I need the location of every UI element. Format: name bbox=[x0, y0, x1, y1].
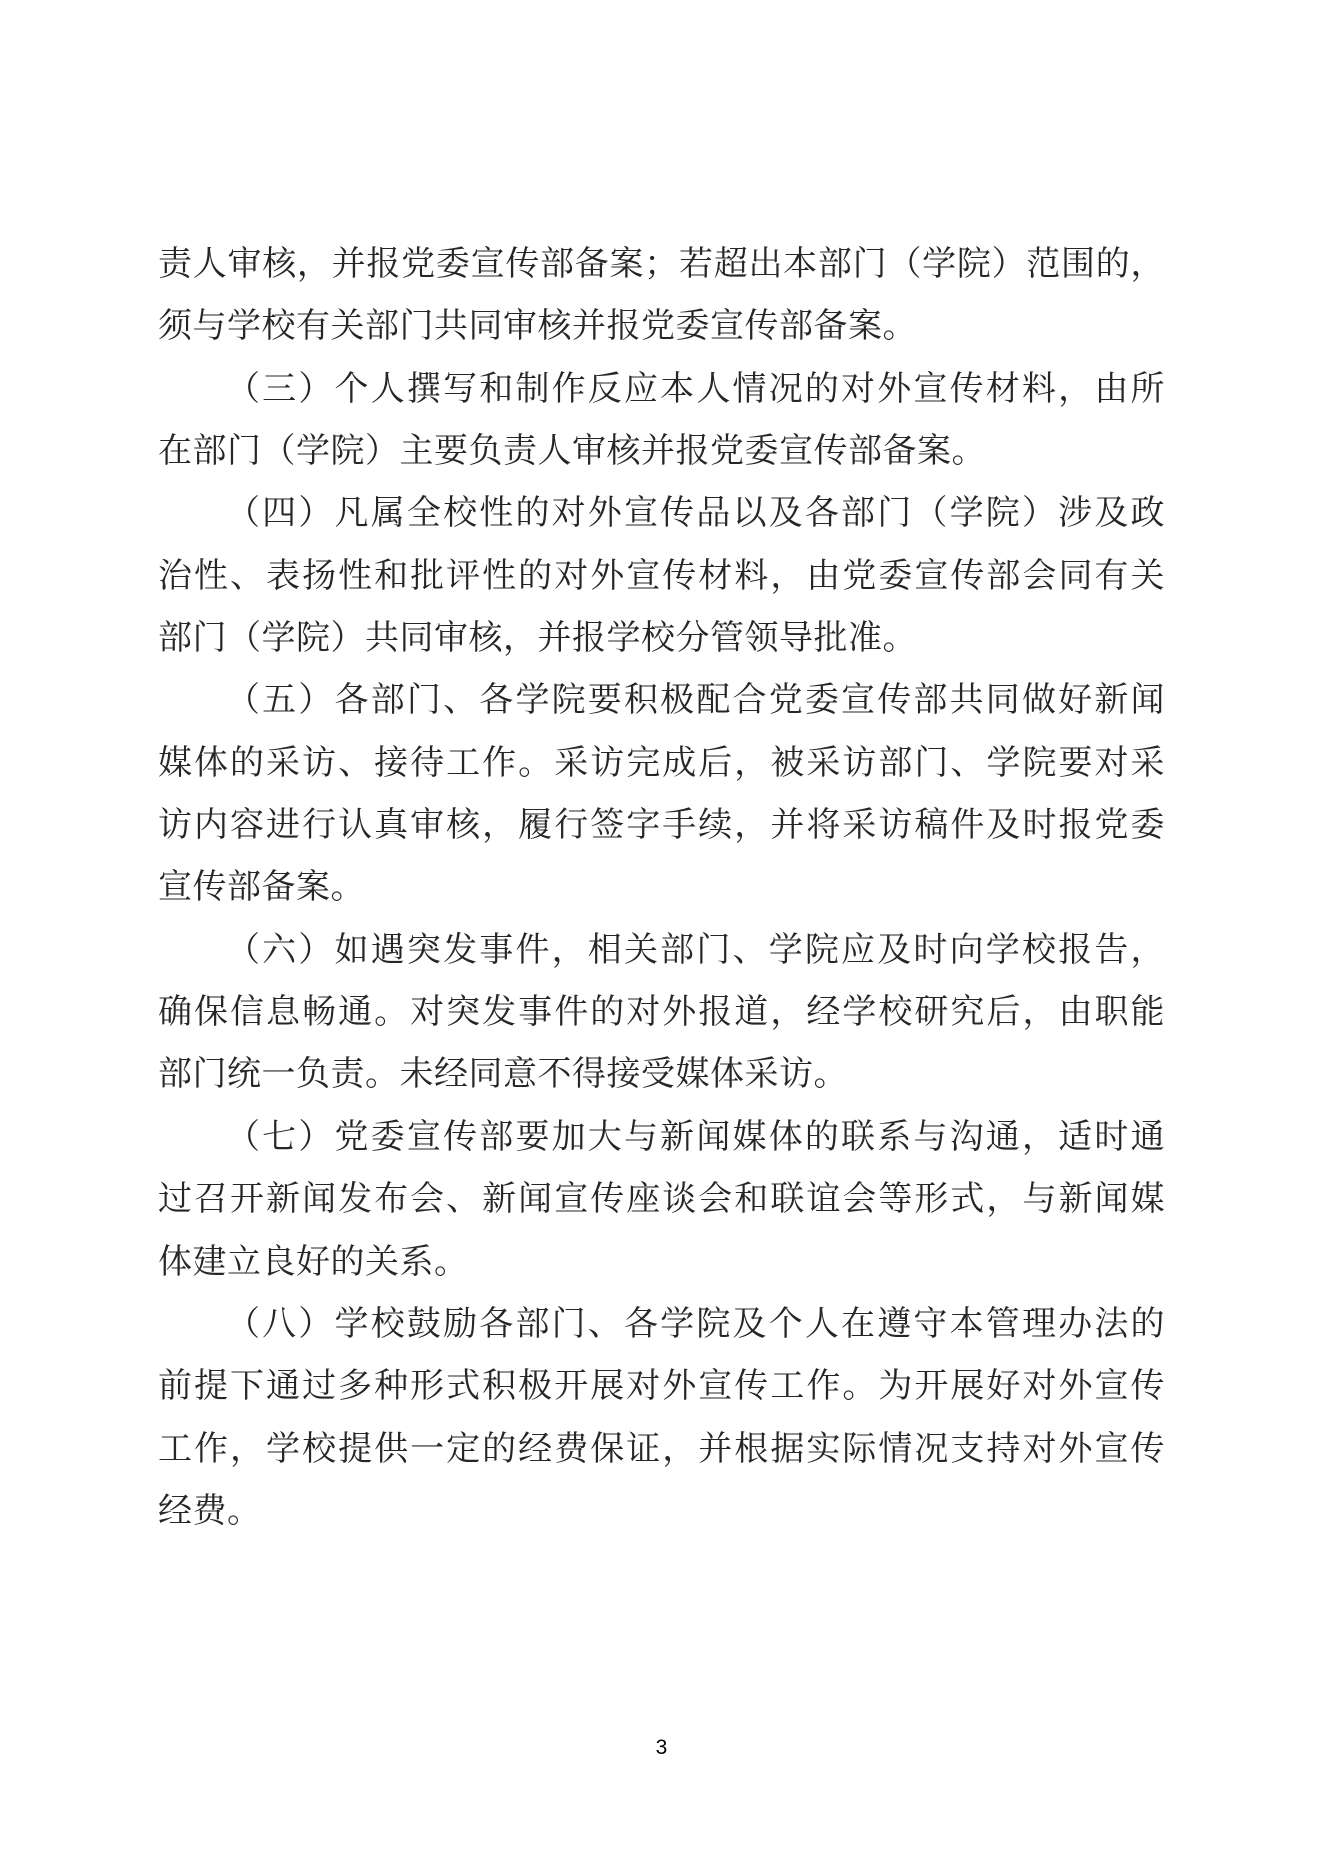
text-line: 须与学校有关部门共同审核并报党委宣传部备案。 bbox=[158, 296, 1165, 358]
text-line: 宣传部备案。 bbox=[158, 857, 1165, 919]
text-line: （三）个人撰写和制作反应本人情况的对外宣传材料，由所 bbox=[158, 359, 1165, 421]
text-line: （五）各部门、各学院要积极配合党委宣传部共同做好新闻 bbox=[158, 670, 1165, 732]
text-line: 部门统一负责。未经同意不得接受媒体采访。 bbox=[158, 1044, 1165, 1106]
text-line: （八）学校鼓励各部门、各学院及个人在遵守本管理办法的 bbox=[158, 1294, 1165, 1356]
page-footer: 3 bbox=[0, 1736, 1323, 1760]
text-line: （四）凡属全校性的对外宣传品以及各部门（学院）涉及政 bbox=[158, 483, 1165, 545]
text-line: 媒体的采访、接待工作。采访完成后，被采访部门、学院要对采 bbox=[158, 733, 1165, 795]
text-line: 部门（学院）共同审核，并报学校分管领导批准。 bbox=[158, 608, 1165, 670]
text-line: 治性、表扬性和批评性的对外宣传材料，由党委宣传部会同有关 bbox=[158, 546, 1165, 608]
page-number: 3 bbox=[656, 1736, 668, 1759]
paragraph-item-4: （四）凡属全校性的对外宣传品以及各部门（学院）涉及政 治性、表扬性和批评性的对外… bbox=[158, 483, 1165, 670]
paragraph-item-6: （六）如遇突发事件，相关部门、学院应及时向学校报告， 确保信息畅通。对突发事件的… bbox=[158, 920, 1165, 1107]
text-line: 责人审核，并报党委宣传部备案；若超出本部门（学院）范围的， bbox=[158, 234, 1165, 296]
paragraph-item-5: （五）各部门、各学院要积极配合党委宣传部共同做好新闻 媒体的采访、接待工作。采访… bbox=[158, 670, 1165, 919]
text-line: 在部门（学院）主要负责人审核并报党委宣传部备案。 bbox=[158, 421, 1165, 483]
paragraph-item-8: （八）学校鼓励各部门、各学院及个人在遵守本管理办法的 前提下通过多种形式积极开展… bbox=[158, 1294, 1165, 1543]
paragraph-item-3: （三）个人撰写和制作反应本人情况的对外宣传材料，由所 在部门（学院）主要负责人审… bbox=[158, 359, 1165, 484]
document-body: 责人审核，并报党委宣传部备案；若超出本部门（学院）范围的， 须与学校有关部门共同… bbox=[158, 234, 1165, 1543]
text-line: 工作，学校提供一定的经费保证，并根据实际情况支持对外宣传 bbox=[158, 1419, 1165, 1481]
text-line: 体建立良好的关系。 bbox=[158, 1232, 1165, 1294]
text-line: 前提下通过多种形式积极开展对外宣传工作。为开展好对外宣传 bbox=[158, 1356, 1165, 1418]
text-line: 经费。 bbox=[158, 1481, 1165, 1543]
text-line: 访内容进行认真审核，履行签字手续，并将采访稿件及时报党委 bbox=[158, 795, 1165, 857]
text-line: 过召开新闻发布会、新闻宣传座谈会和联谊会等形式，与新闻媒 bbox=[158, 1169, 1165, 1231]
text-line: （七）党委宣传部要加大与新闻媒体的联系与沟通，适时通 bbox=[158, 1107, 1165, 1169]
paragraph-item-7: （七）党委宣传部要加大与新闻媒体的联系与沟通，适时通 过召开新闻发布会、新闻宣传… bbox=[158, 1107, 1165, 1294]
paragraph-continuation: 责人审核，并报党委宣传部备案；若超出本部门（学院）范围的， 须与学校有关部门共同… bbox=[158, 234, 1165, 359]
text-line: 确保信息畅通。对突发事件的对外报道，经学校研究后，由职能 bbox=[158, 982, 1165, 1044]
text-line: （六）如遇突发事件，相关部门、学院应及时向学校报告， bbox=[158, 920, 1165, 982]
document-page: 责人审核，并报党委宣传部备案；若超出本部门（学院）范围的， 须与学校有关部门共同… bbox=[0, 0, 1323, 1871]
